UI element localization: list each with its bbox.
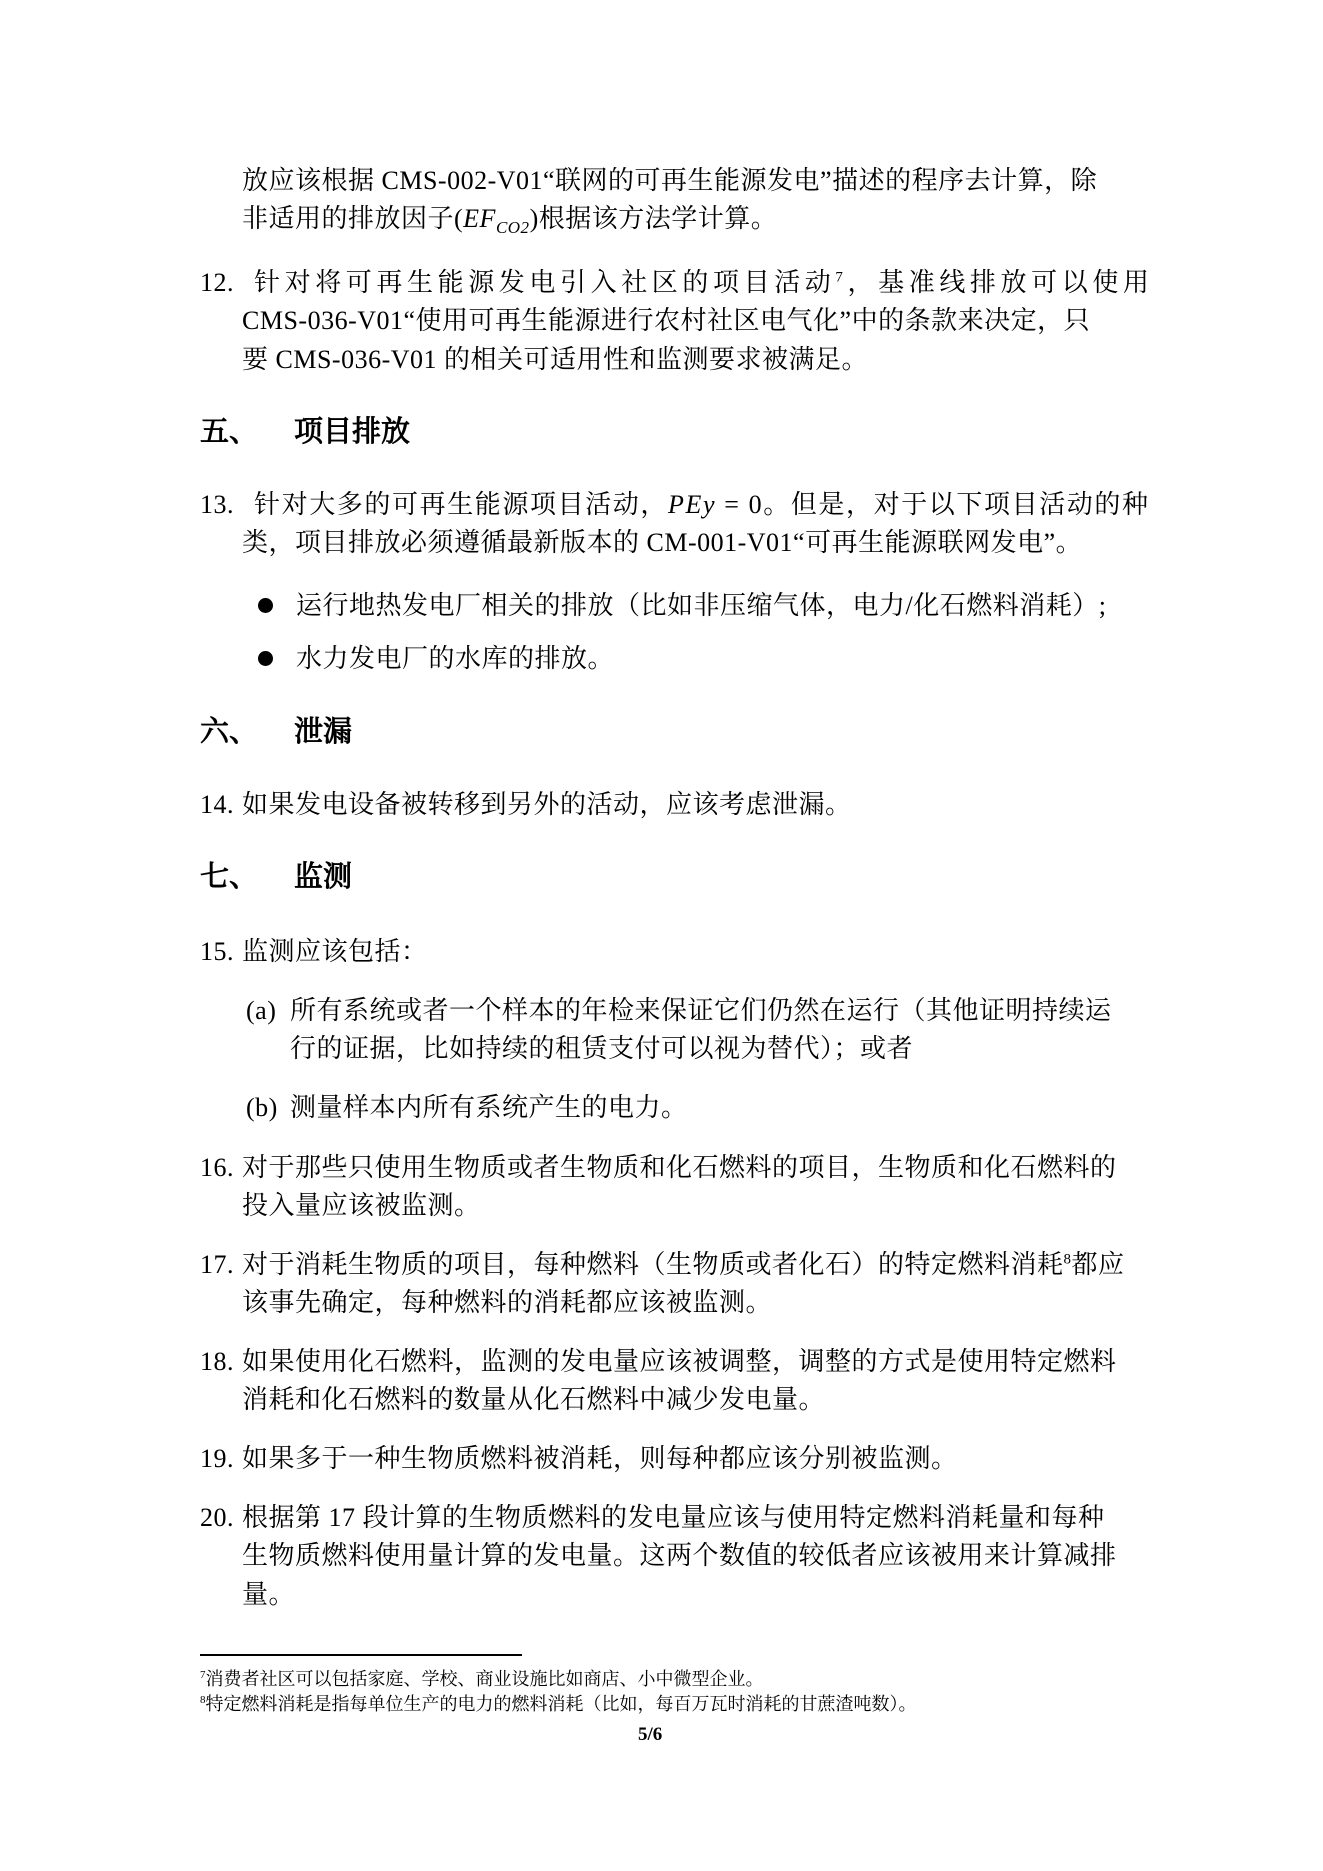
sub-item-label: (a) bbox=[246, 996, 276, 1026]
text-line: 针对大多的可再生能源项目活动，PEy = 0。但是，对于以下项目活动的种 bbox=[254, 490, 1150, 520]
formula-pey: PEy bbox=[668, 490, 716, 519]
text-line: 对于那些只使用生物质或者生物质和化石燃料的项目，生物质和化石燃料的 bbox=[242, 1153, 1117, 1183]
text-line: 对于消耗生物质的项目，每种燃料（生物质或者化石）的特定燃料消耗8都应 bbox=[242, 1250, 1125, 1280]
section-number: 六、 bbox=[200, 714, 294, 748]
paragraph-number: 18. bbox=[200, 1347, 234, 1377]
text-line: 监测应该包括： bbox=[242, 937, 428, 967]
document-page: 放应该根据 CMS-002-V01“联网的可再生能源发电”描述的程序去计算，除 … bbox=[0, 0, 1323, 1871]
bullet-text: 运行地热发电厂相关的排放（比如非压缩气体，电力/化石燃料消耗）; bbox=[296, 591, 1106, 621]
text-line: 放应该根据 CMS-002-V01“联网的可再生能源发电”描述的程序去计算，除 bbox=[242, 166, 1097, 196]
section-title: 监测 bbox=[294, 859, 352, 893]
paragraph-number: 19. bbox=[200, 1444, 234, 1474]
text-line: 消耗和化石燃料的数量从化石燃料中减少发电量。 bbox=[242, 1385, 825, 1415]
page-number: 5/6 bbox=[638, 1724, 662, 1746]
paragraph-number: 13. bbox=[200, 490, 234, 520]
footnote-8: 8特定燃料消耗是指每单位生产的电力的燃料消耗（比如，每百万瓦时消耗的甘蔗渣吨数）… bbox=[200, 1693, 917, 1715]
paragraph-number: 15. bbox=[200, 937, 234, 967]
emission-factor-subscript: CO2 bbox=[496, 218, 530, 237]
bullet-icon bbox=[258, 651, 273, 666]
sub-item-label: (b) bbox=[246, 1093, 278, 1123]
text-line: 该事先确定，每种燃料的消耗都应该被监测。 bbox=[242, 1288, 772, 1318]
paragraph-number: 16. bbox=[200, 1153, 234, 1183]
text-line: 根据第 17 段计算的生物质燃料的发电量应该与使用特定燃料消耗量和每种 bbox=[242, 1503, 1105, 1533]
text-line: 行的证据，比如持续的租赁支付可以视为替代）；或者 bbox=[290, 1034, 913, 1064]
text-line: 类，项目排放必须遵循最新版本的 CM-001-V01“可再生能源联网发电”。 bbox=[242, 528, 1082, 558]
section-heading-5: 五、项目排放 bbox=[200, 414, 410, 448]
paragraph-number: 12. bbox=[200, 268, 234, 298]
text-line: 测量样本内所有系统产生的电力。 bbox=[290, 1093, 688, 1123]
section-number: 七、 bbox=[200, 859, 294, 893]
text-line: 非适用的排放因子(EFCO2)根据该方法学计算。 bbox=[242, 204, 777, 234]
text-line: 要 CMS-036-V01 的相关可适用性和监测要求被满足。 bbox=[242, 345, 868, 375]
paragraph-number: 17. bbox=[200, 1250, 234, 1280]
text-line: 所有系统或者一个样本的年检来保证它们仍然在运行（其他证明持续运 bbox=[290, 996, 1112, 1026]
footnote-ref-8[interactable]: 8 bbox=[1064, 1251, 1072, 1267]
text-line: 如果发电设备被转移到另外的活动，应该考虑泄漏。 bbox=[242, 790, 852, 820]
section-title: 泄漏 bbox=[294, 714, 352, 748]
paragraph-number: 20. bbox=[200, 1503, 234, 1533]
bullet-icon bbox=[258, 598, 273, 613]
text-line: 生物质燃料使用量计算的发电量。这两个数值的较低者应该被用来计算减排 bbox=[242, 1541, 1117, 1571]
text-line: 如果使用化石燃料，监测的发电量应该被调整，调整的方式是使用特定燃料 bbox=[242, 1347, 1117, 1377]
text-line: 投入量应该被监测。 bbox=[242, 1191, 481, 1221]
text-line: 针对将可再生能源发电引入社区的项目活动7，基准线排放可以使用 bbox=[254, 268, 1154, 298]
text-line: 量。 bbox=[242, 1580, 295, 1610]
section-title: 项目排放 bbox=[294, 414, 410, 448]
emission-factor-symbol: EF bbox=[463, 204, 496, 233]
section-number: 五、 bbox=[200, 414, 294, 448]
section-heading-7: 七、监测 bbox=[200, 859, 352, 893]
footnote-ref-7[interactable]: 7 bbox=[835, 269, 847, 285]
text-line: CMS-036-V01“使用可再生能源进行农村社区电气化”中的条款来决定，只 bbox=[242, 306, 1090, 336]
text-line: 如果多于一种生物质燃料被消耗，则每种都应该分别被监测。 bbox=[242, 1444, 958, 1474]
section-heading-6: 六、泄漏 bbox=[200, 714, 352, 748]
footnote-7: 7消费者社区可以包括家庭、学校、商业设施比如商店、小中微型企业。 bbox=[200, 1668, 764, 1690]
paragraph-number: 14. bbox=[200, 790, 234, 820]
bullet-text: 水力发电厂的水库的排放。 bbox=[296, 644, 614, 674]
footnote-divider bbox=[200, 1654, 522, 1656]
